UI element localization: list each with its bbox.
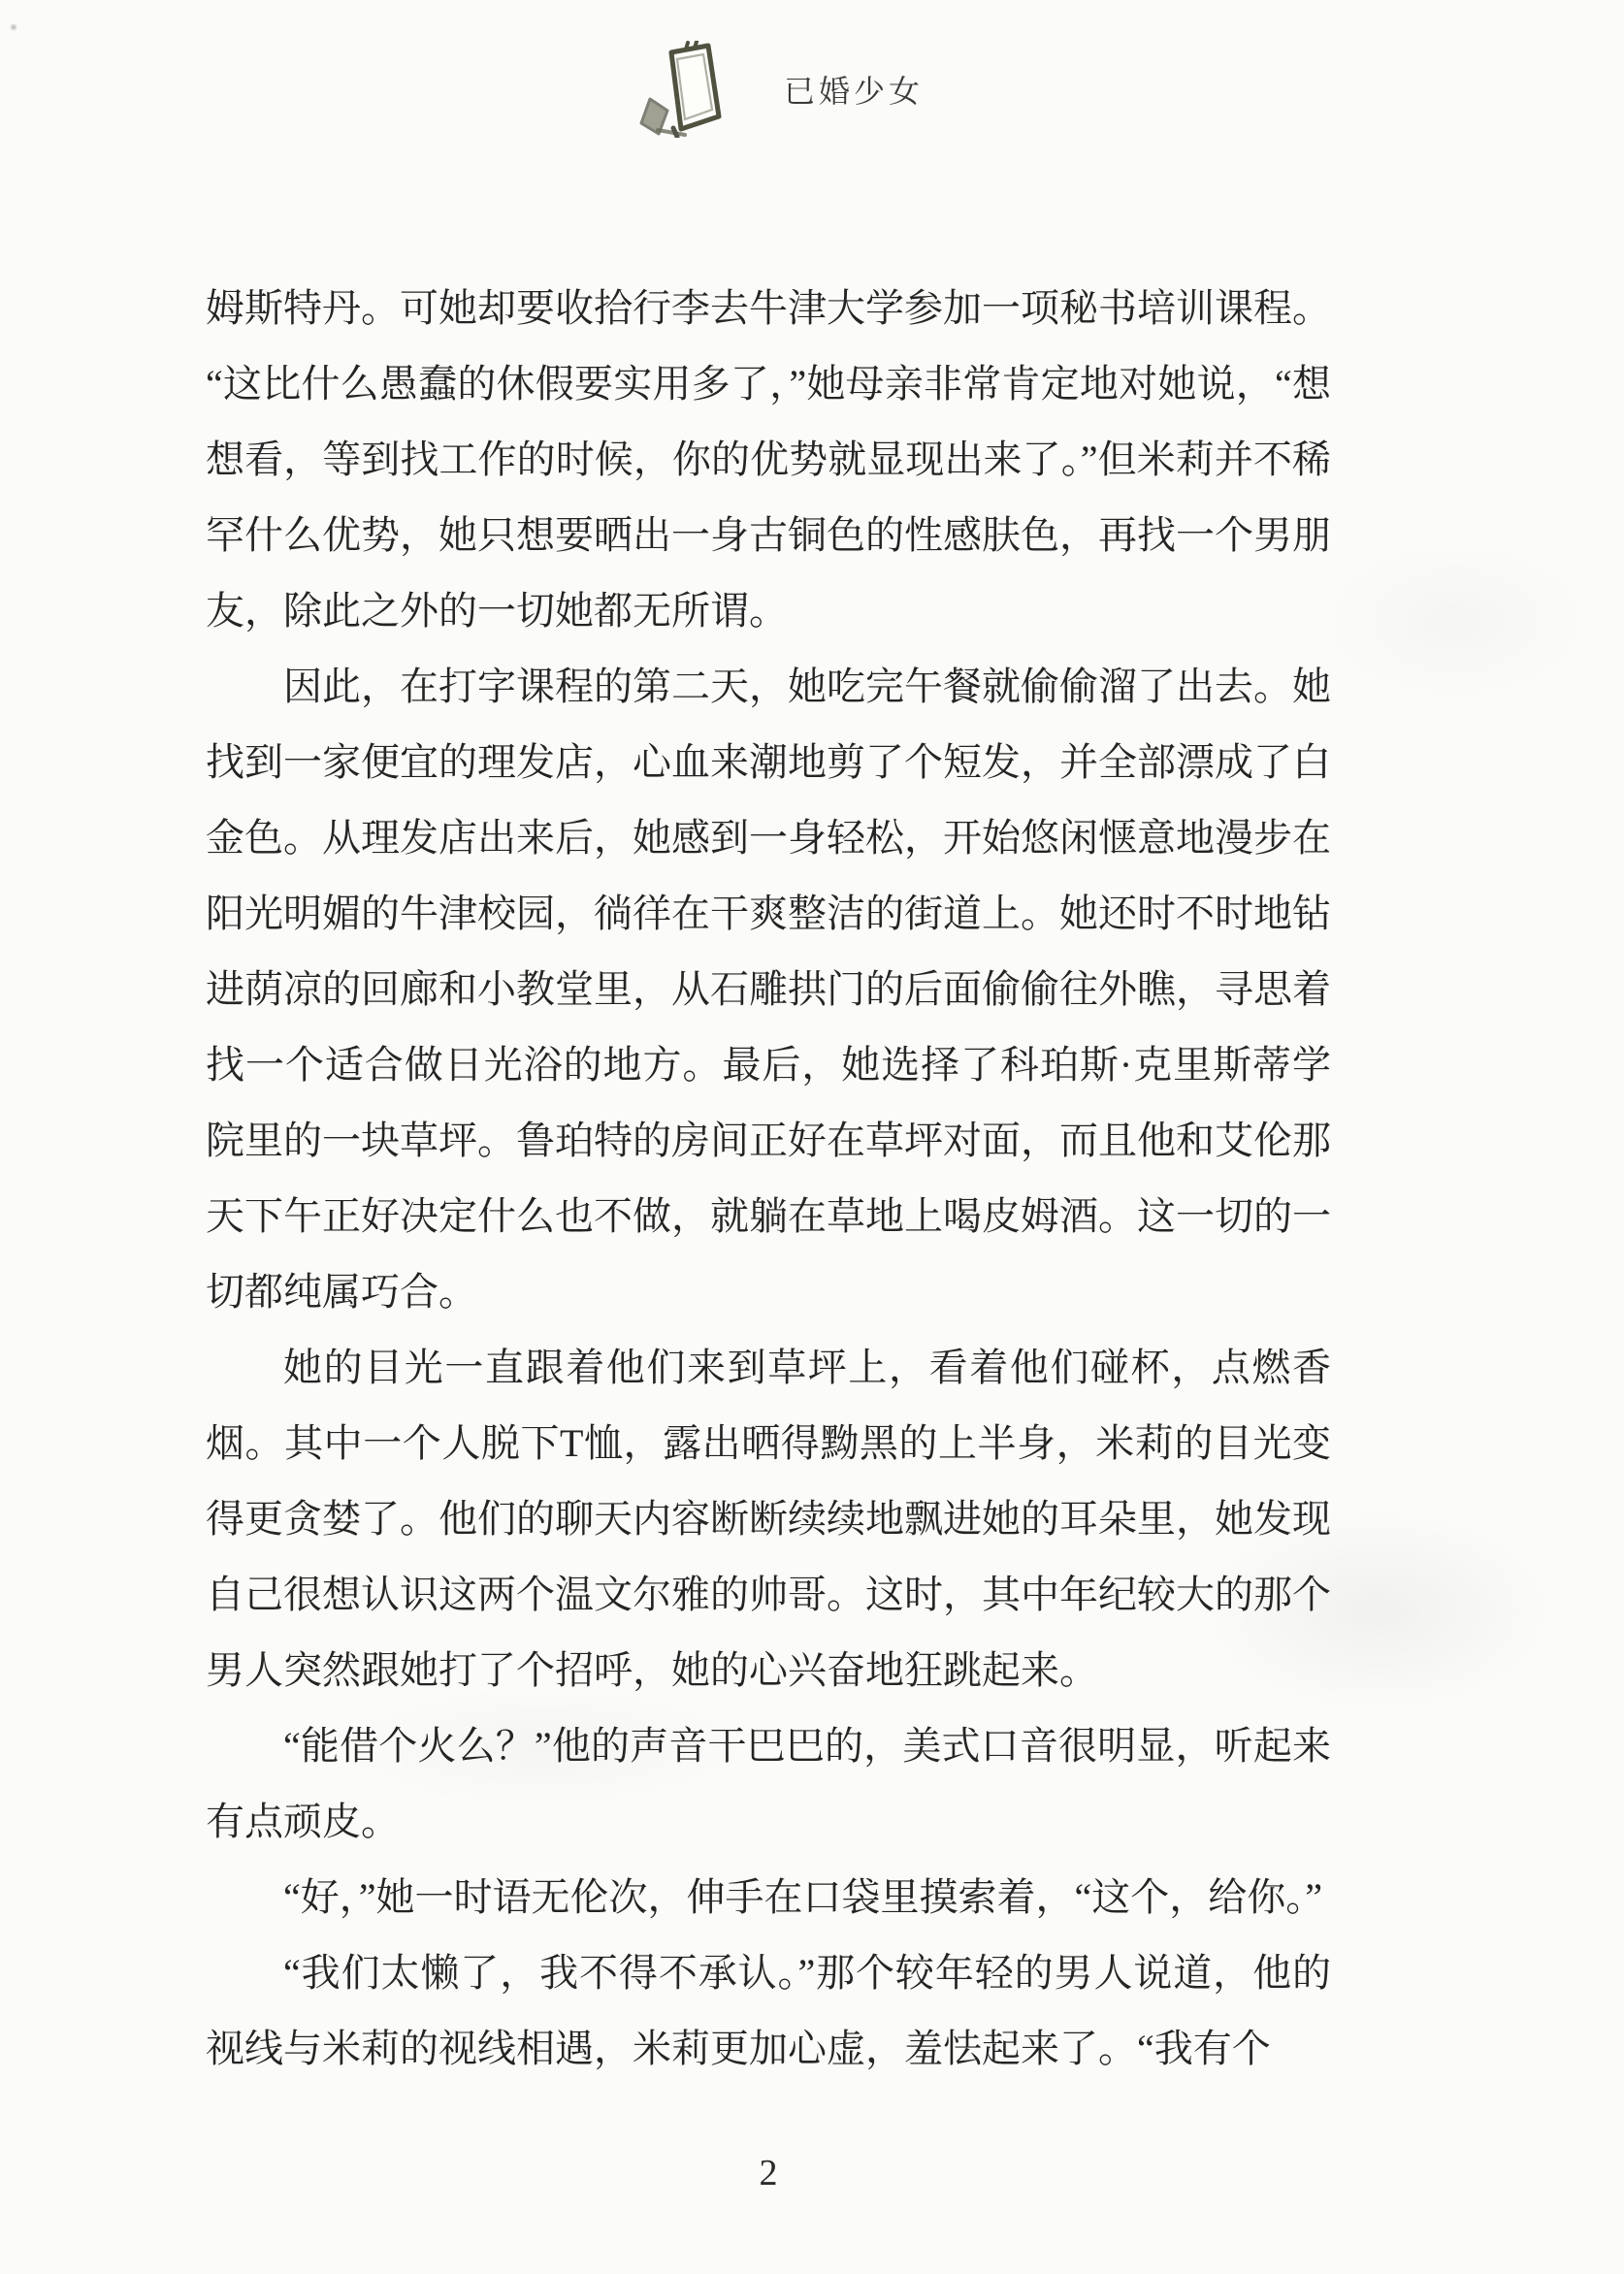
paragraph-2: 因此，在打字课程的第二天，她吃完午餐就偷偷溜了出去。她找到一家便宜的理发店，心血… <box>206 649 1331 1330</box>
running-header: 已婚少女 <box>629 41 924 138</box>
body-text: 姆斯特丹。可她却要收拾行李去牛津大学参加一项秘书培训课程。“这比什么愚蠢的休假要… <box>206 271 1331 2087</box>
paragraph-1: 姆斯特丹。可她却要收拾行李去牛津大学参加一项秘书培训课程。“这比什么愚蠢的休假要… <box>206 271 1331 649</box>
book-page: { "page": { "header": { "title": "已婚少女",… <box>0 0 1624 2274</box>
page-title: 已婚少女 <box>784 67 924 112</box>
page-number: 2 <box>206 2152 1331 2194</box>
paragraph-6: “我们太懒了，我不得不承认。”那个较年轻的男人说道，他的视线与米莉的视线相遇，米… <box>206 1935 1331 2087</box>
paragraph-4: “能借个火么？”他的声音干巴巴的，美式口音很明显，听起来有点顽皮。 <box>206 1708 1331 1860</box>
paragraph-3: 她的目光一直跟着他们来到草坪上，看着他们碰杯，点燃香烟。其中一个人脱下T恤，露出… <box>206 1330 1331 1708</box>
notebook-stand-icon <box>629 41 735 138</box>
paragraph-5: “好，”她一时语无伦次，伸手在口袋里摸索着，“这个，给你。” <box>206 1860 1331 1935</box>
